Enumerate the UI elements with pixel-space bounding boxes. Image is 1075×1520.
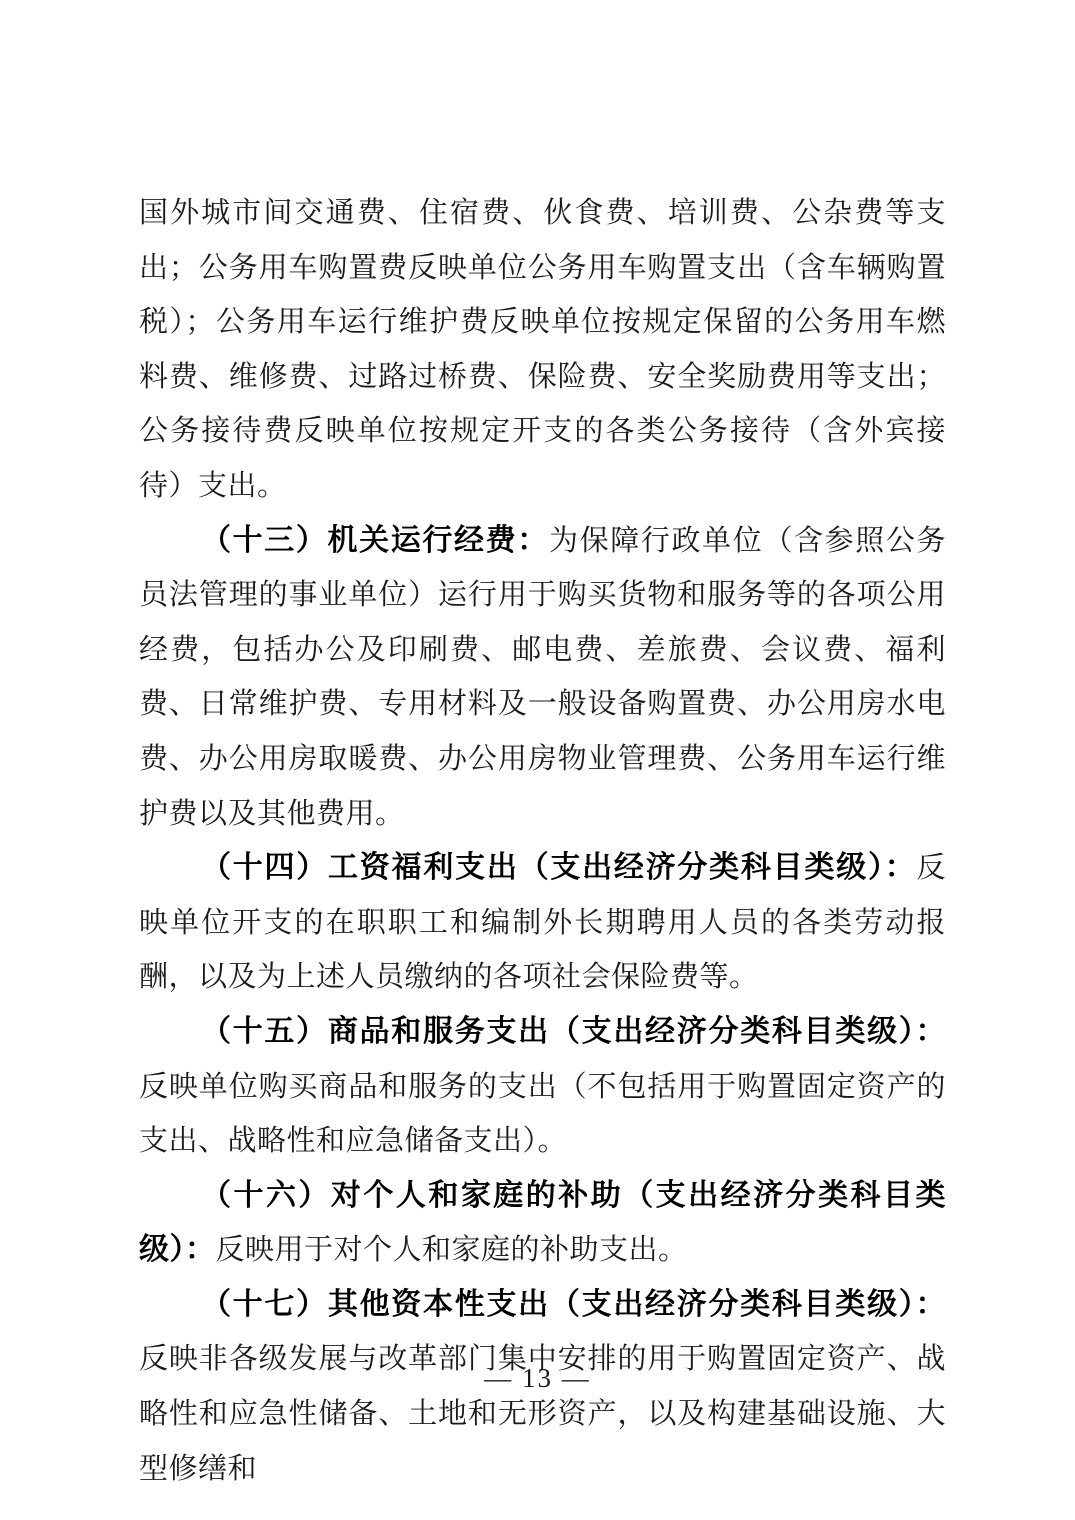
paragraph-text: 反映单位购买商品和服务的支出（不包括用于购置固定资产的支出、战略性和应急储备支出… [139,1071,946,1158]
paragraph-text: 国外城市间交通费、住宿费、伙食费、培训费、公杂费等支出；公务用车购置费反映单位公… [139,197,946,502]
paragraph-lead: （十七）其他资本性支出（支出经济分类科目类级）： [201,1288,946,1321]
paragraph-lead: （十五）商品和服务支出（支出经济分类科目类级）： [201,1015,946,1048]
paragraph-lead: （十三）机关运行经费： [201,524,549,557]
paragraph-text: 反映用于对个人和家庭的补助支出。 [216,1234,688,1266]
para-16-individual-family-subsidies: （十六）对个人和家庭的补助（支出经济分类科目类级）：反映用于对个人和家庭的补助支… [139,1169,946,1278]
page-number: — 13 — [0,1356,1075,1400]
para-13-agency-operating-funds: （十三）机关运行经费：为保障行政单位（含参照公务员法管理的事业单位）运行用于购买… [139,514,946,842]
para-15-goods-services-expenditure: （十五）商品和服务支出（支出经济分类科目类级）：反映单位购买商品和服务的支出（不… [139,1005,946,1169]
document-page: 国外城市间交通费、住宿费、伙食费、培训费、公杂费等支出；公务用车购置费反映单位公… [0,0,1075,1520]
text-block: 国外城市间交通费、住宿费、伙食费、培训费、公杂费等支出；公务用车购置费反映单位公… [139,186,946,1496]
para-14-salary-welfare-expenditure: （十四）工资福利支出（支出经济分类科目类级）：反映单位开支的在职职工和编制外长期… [139,841,946,1005]
paragraph-lead: （十四）工资福利支出（支出经济分类科目类级）： [201,851,916,884]
paragraph-text: 为保障行政单位（含参照公务员法管理的事业单位）运行用于购买货物和服务等的各项公用… [139,525,946,830]
para-continuation-travel-and-vehicle-fees: 国外城市间交通费、住宿费、伙食费、培训费、公杂费等支出；公务用车购置费反映单位公… [139,186,946,514]
